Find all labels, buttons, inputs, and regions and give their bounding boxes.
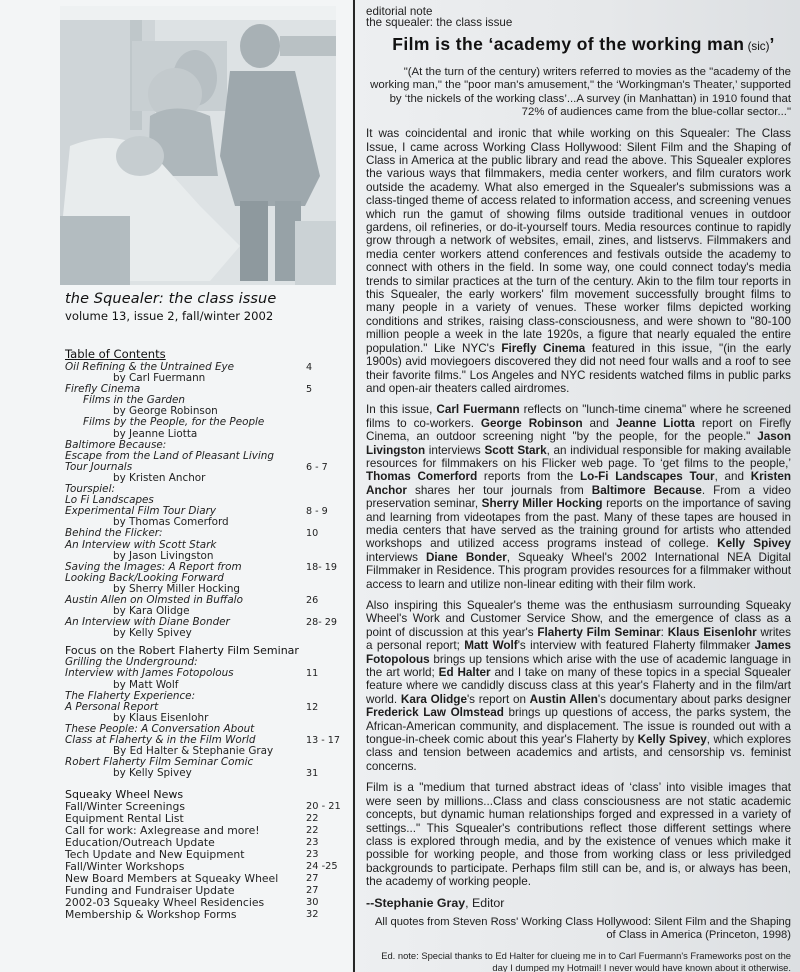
highlighted-name: Klaus Eisenlohr [668,626,757,639]
highlighted-name: Jeanne Liotta [616,417,695,430]
column-divider [353,0,355,972]
page-number: 22 [306,813,318,825]
editorial-paragraph: In this issue, Carl Fuermann reflects on… [366,403,791,591]
highlighted-name: Austin Allen [530,693,598,706]
editorial-paragraph: Also inspiring this Squealer's theme was… [366,599,791,773]
editorial-headline: Film is the ‘academy of the working man … [376,34,791,57]
masthead: the Squealer: the class issue volume 13,… [65,290,350,324]
highlighted-name: Diane Bonder [426,551,507,564]
table-of-contents: Table of Contents Oil Refining & the Unt… [65,347,355,920]
publication-title: the Squealer: the class issue [65,290,350,309]
toc-byline: by Kelly Spivey [65,628,355,639]
editorial-column: editorial note the squealer: the class i… [366,6,791,972]
page-number: 26 [306,595,318,606]
editor-name: --Stephanie Gray [366,896,465,910]
toc-entry-cont: An Interview with Scott Stark [65,540,355,551]
page-number: 31 [306,768,318,779]
toc-byline: by Kelly Spivey31 [65,768,355,779]
page-number: 10 [306,528,318,539]
page-number: 12 [306,702,318,713]
highlighted-name: Firefly Cinema [501,342,585,355]
editorial-paragraph: Film is a "medium that turned abstract i… [366,781,791,888]
page-number: 4 [306,362,312,373]
page-number: 32 [306,909,318,921]
film-still-image [60,6,336,285]
page-number: 27 [306,873,318,885]
page-number: 23 [306,849,318,861]
page-number: 5 [306,384,312,395]
editorial-paragraph: It was coincidental and ironic that whil… [366,127,791,395]
editor-signoff: --Stephanie Gray, Editor [366,896,791,910]
highlighted-name: Matt Wolf [464,639,517,652]
toc-news-list: Fall/Winter Screenings20 - 21 Equipment … [65,801,355,920]
highlighted-name: Kara Olidge [401,693,467,706]
highlighted-name: Kelly Spivey [717,537,791,550]
page-number: 8 - 9 [306,506,328,517]
toc-entry-cont: Interview with James Fotopolous11 [65,668,355,679]
editors-note: Ed. note: Special thanks to Ed Halter fo… [366,950,791,972]
sic-note: (sic) [744,40,769,53]
toc-subentry[interactable]: Films by the People, for the People [65,417,355,428]
page-number: 20 - 21 [306,801,341,813]
page-number: 22 [306,825,318,837]
highlighted-name: Kelly Spivey [638,733,707,746]
highlighted-name: Frederick Law Olmstead [366,706,504,719]
page-number: 24 -25 [306,861,338,873]
toc-heading: Table of Contents [65,347,355,361]
page-number: 6 - 7 [306,462,328,473]
highlighted-name: Sherry Miller Hocking [482,497,603,510]
page-number: 23 [306,837,318,849]
page-number: 30 [306,897,318,909]
page-number: 13 - 17 [306,735,340,746]
highlighted-name: Carl Fuermann [436,403,519,416]
highlighted-name: Flaherty Film Seminar [537,626,660,639]
source-citation: All quotes from Steven Ross' Working Cla… [366,916,791,942]
page-number: 11 [306,668,318,679]
highlighted-name: Scott Stark [484,444,546,457]
issue-info: volume 13, issue 2, fall/winter 2002 [65,309,350,324]
epigraph-quote: "(At the turn of the century) writers re… [366,66,791,119]
highlighted-name: James Fotopolous [366,639,791,665]
highlighted-name: Baltimore Because [592,484,702,497]
cover-photo [60,6,336,285]
kicker-issue-name: the squealer: the class issue [366,17,791,28]
highlighted-name: Ed Halter [439,666,491,679]
editor-role: , Editor [465,896,504,910]
highlighted-name: George Robinson [481,417,583,430]
page-number: 28- 29 [306,617,337,628]
page-number: 27 [306,885,318,897]
highlighted-name: Jason Livingston [366,430,791,456]
highlighted-name: Lo-Fi Landscapes Tour [580,470,715,483]
toc-entry[interactable]: Membership & Workshop Forms32 [65,909,355,921]
highlighted-name: Thomas Comerford [366,470,477,483]
page-number: 18- 19 [306,562,337,573]
left-column: the Squealer: the class issue volume 13,… [0,0,352,972]
